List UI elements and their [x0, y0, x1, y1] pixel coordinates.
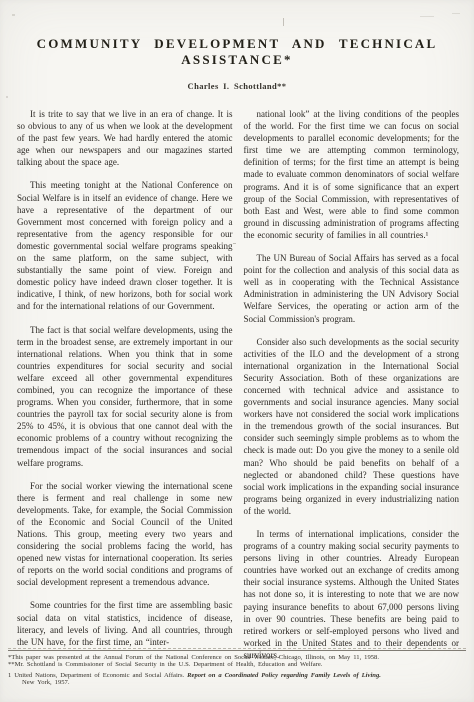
- footnote-star: *This paper was presented at the Annual …: [8, 654, 466, 661]
- footnote-section: *This paper was presented at the Annual …: [8, 648, 466, 687]
- footnote-double-star: **Mr. Schottland is Commissioner of Soci…: [8, 661, 466, 668]
- footnote-reference-text: 1 United Nations, Department of Economic…: [8, 672, 187, 679]
- scanned-paper-page: COMMUNITY DEVELOPMENT AND TECHNICAL ASSI…: [0, 0, 474, 702]
- paragraph: In terms of international implications, …: [244, 528, 460, 661]
- scan-artifact: [283, 18, 284, 26]
- paragraph: For the social worker viewing the intern…: [17, 480, 233, 589]
- paper-title: COMMUNITY DEVELOPMENT AND TECHNICAL ASSI…: [0, 0, 474, 68]
- footnote-reference-1: 1 United Nations, Department of Economic…: [8, 672, 466, 679]
- footnote-divider: [8, 650, 466, 651]
- paragraph: Some countries for the first time are as…: [17, 599, 233, 647]
- scan-artifact: [233, 243, 236, 244]
- paper-author: Charles I. Schottland**: [0, 81, 474, 91]
- scan-artifact: [6, 96, 8, 98]
- paragraph: national look” at the living conditions …: [244, 108, 460, 241]
- cited-report-title: Report on a Coordinated Policy regarding…: [187, 672, 381, 679]
- article-body: It is trite to say that we live in an er…: [0, 108, 474, 661]
- right-column: national look” at the living conditions …: [244, 108, 460, 661]
- paragraph: It is trite to say that we live in an er…: [17, 108, 233, 168]
- paragraph: This meeting tonight at the National Con…: [17, 179, 233, 312]
- left-column: It is trite to say that we live in an er…: [17, 108, 233, 661]
- scan-artifact: [12, 14, 15, 16]
- footnote-divider: [8, 648, 466, 649]
- paragraph: Consider also such developments as the s…: [244, 336, 460, 517]
- scan-artifact: [420, 16, 434, 17]
- paragraph: The fact is that social welfare developm…: [17, 324, 233, 469]
- footnote-reference-continuation: New York, 1957.: [8, 679, 466, 686]
- scan-artifact: [452, 13, 460, 14]
- paragraph: The UN Bureau of Social Affairs has serv…: [244, 252, 460, 325]
